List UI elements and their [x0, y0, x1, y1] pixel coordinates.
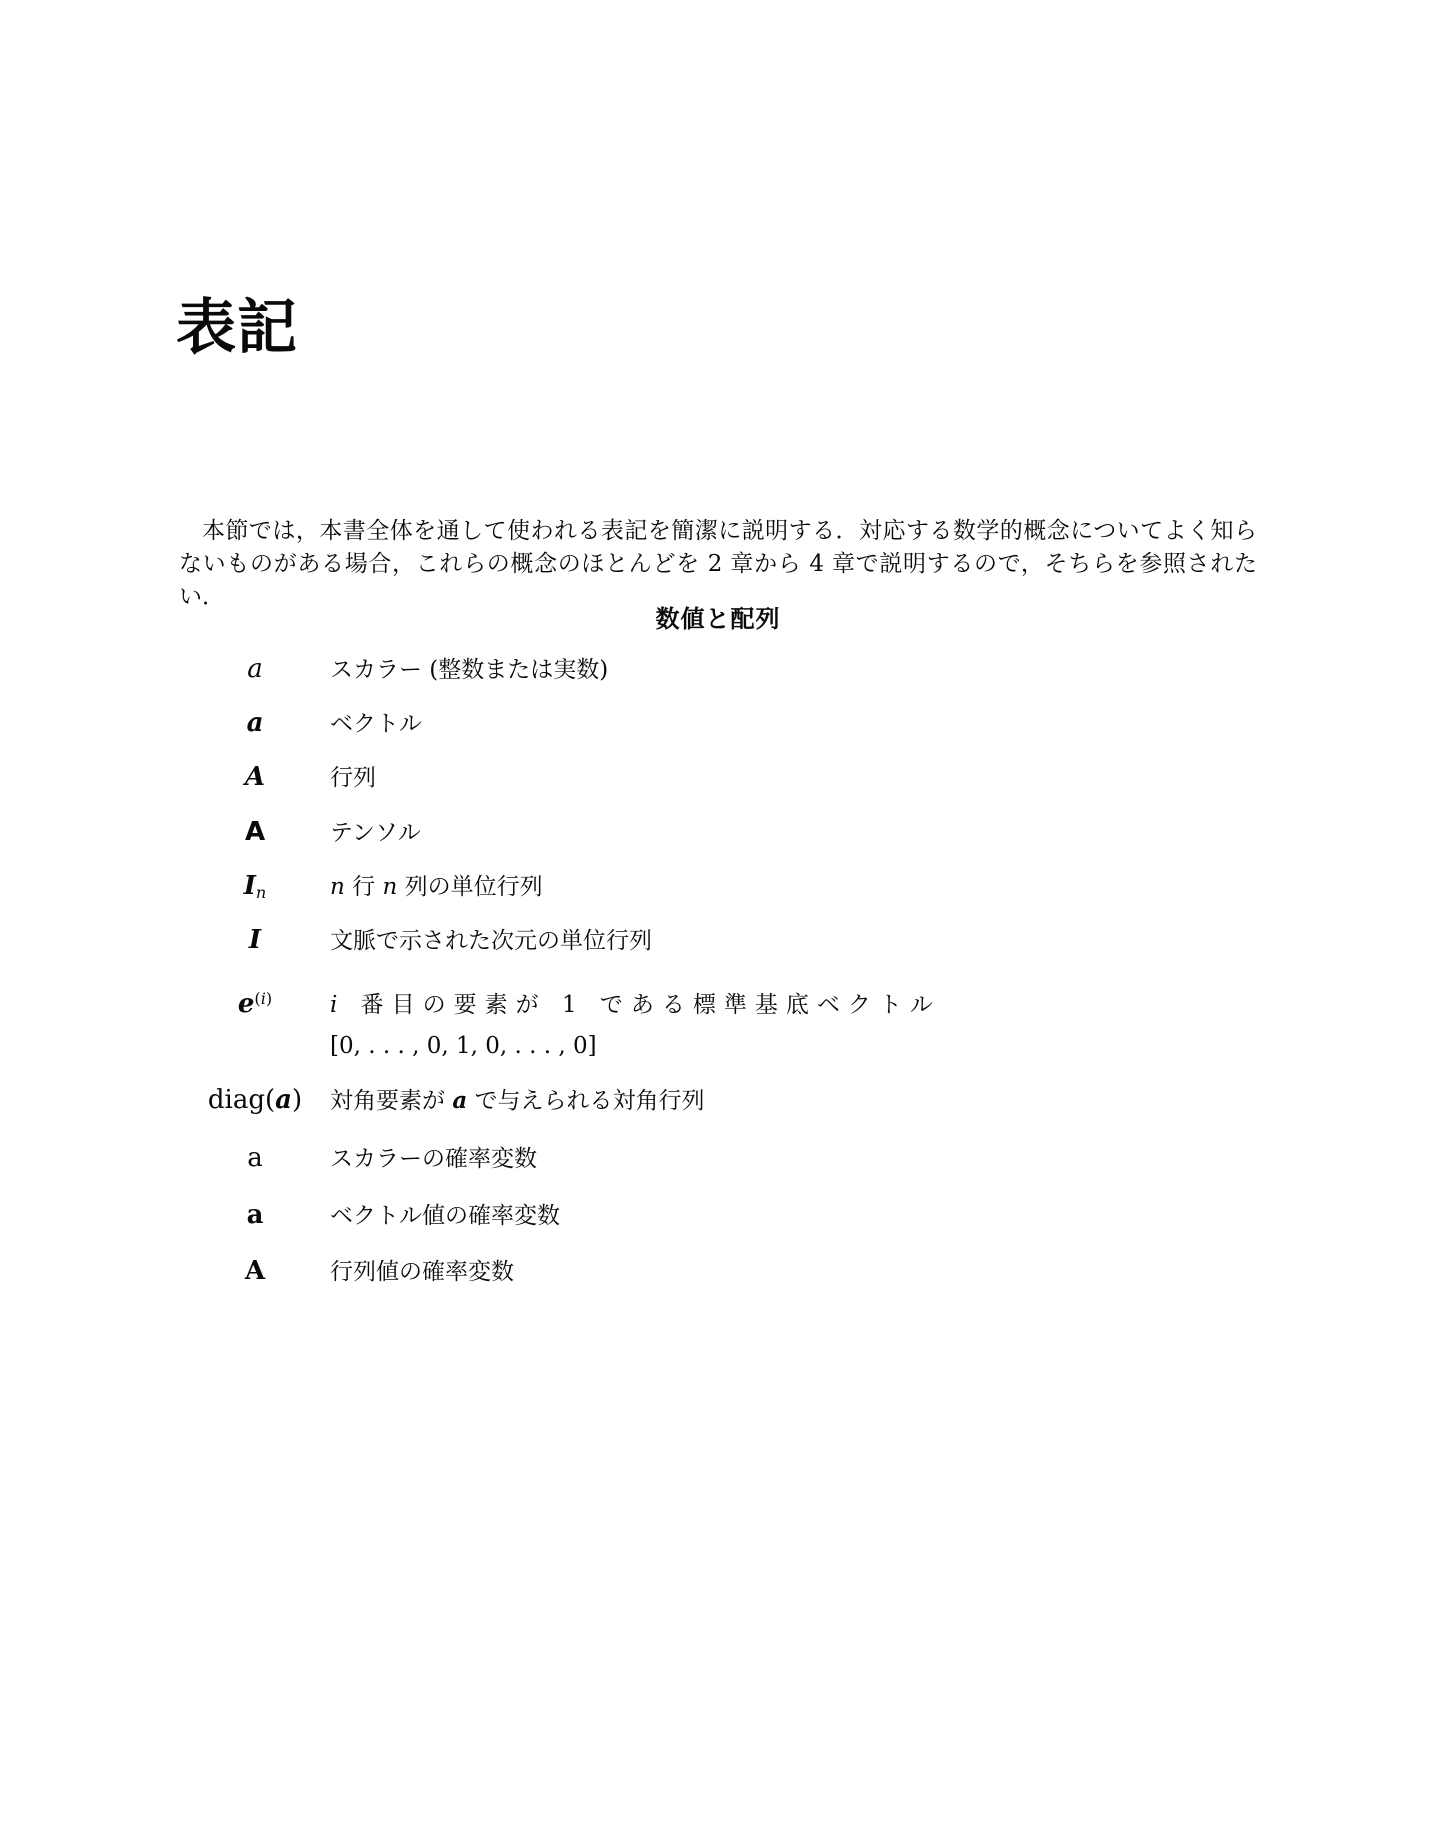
- notation-symbol-segment: I: [244, 871, 256, 901]
- notation-symbol: A: [180, 762, 330, 792]
- notation-description-segment: 文脈で示された次元の単位行列: [330, 928, 652, 954]
- notation-description-segment: 行列: [330, 765, 376, 791]
- notation-description-segment: a: [452, 1087, 467, 1114]
- notation-row: diag(a)対角要素が a で与えられる対角行列: [180, 1085, 705, 1116]
- notation-description-segment: 行列値の確率変数: [330, 1259, 514, 1285]
- document-page: 表記 本節では，本書全体を通して使われる表記を簡潔に説明する．対応する数学的概念…: [0, 0, 1433, 1842]
- notation-symbol-segment: I: [249, 925, 261, 955]
- notation-symbol-segment: A: [245, 817, 265, 847]
- notation-description-segment: n: [382, 874, 397, 900]
- notation-description-segment: i: [330, 992, 345, 1018]
- notation-description: 文脈で示された次元の単位行列: [330, 926, 652, 956]
- notation-row: aベクトル: [180, 708, 422, 739]
- notation-description-line: i 番目の要素が 1 である標準基底ベクトル: [330, 985, 941, 1026]
- notation-row: I文脈で示された次元の単位行列: [180, 925, 652, 956]
- notation-row: e(i)i 番目の要素が 1 である標準基底ベクトル[0, . . . , 0,…: [180, 985, 941, 1067]
- notation-symbol-segment: a: [275, 1085, 292, 1115]
- notation-description-segment: 行: [345, 874, 383, 900]
- notation-description-segment: で与えられる対角行列: [467, 1088, 704, 1114]
- notation-description: 対角要素が a で与えられる対角行列: [330, 1086, 705, 1116]
- notation-symbol: A: [180, 1256, 330, 1286]
- notation-symbol: a: [180, 1200, 330, 1230]
- notation-symbol-segment: diag(: [208, 1085, 275, 1115]
- notation-row: aベクトル値の確率変数: [180, 1200, 560, 1231]
- notation-symbol: a: [180, 1143, 330, 1173]
- notation-description: スカラー (整数または実数): [330, 655, 608, 685]
- table-heading: 数値と配列: [179, 599, 1257, 634]
- notation-symbol: A: [180, 817, 330, 847]
- notation-description-segment: ベクトル値の確率変数: [330, 1203, 560, 1229]
- notation-symbol: e(i): [180, 989, 330, 1022]
- notation-row: A行列: [180, 762, 376, 793]
- notation-symbol-segment: a: [247, 1143, 263, 1173]
- notation-row: aスカラー (整数または実数): [180, 654, 608, 685]
- notation-description: 行列: [330, 763, 376, 793]
- notation-symbol-segment: a: [247, 1200, 264, 1230]
- notation-description: ベクトル: [330, 709, 422, 739]
- notation-description: n 行 n 列の単位行列: [330, 872, 543, 902]
- notation-description: スカラーの確率変数: [330, 1144, 537, 1174]
- notation-row: Aテンソル: [180, 817, 421, 848]
- notation-symbol: a: [180, 654, 330, 684]
- page-title: 表記: [176, 297, 298, 360]
- notation-description-segment: スカラーの確率変数: [330, 1146, 537, 1172]
- notation-symbol-segment: a: [247, 708, 264, 738]
- notation-description-segment: 番目の要素が 1 である標準基底ベクトル: [345, 992, 941, 1018]
- notation-description-segment: ベクトル: [330, 711, 422, 737]
- notation-description-segment: n: [330, 874, 345, 900]
- notation-symbol-segment: ): [292, 1085, 302, 1115]
- notation-symbol-segment: (: [254, 989, 260, 1008]
- notation-symbol-segment: A: [245, 1256, 265, 1286]
- notation-description-segment: スカラー (整数または実数): [330, 657, 608, 683]
- notation-row: Inn 行 n 列の単位行列: [180, 871, 543, 904]
- notation-symbol-segment: ): [266, 989, 272, 1008]
- notation-symbol-segment: n: [256, 883, 266, 902]
- notation-symbol: In: [180, 871, 330, 904]
- notation-symbol-segment: A: [245, 762, 265, 792]
- notation-symbol-segment: e: [238, 989, 255, 1019]
- notation-description: 行列値の確率変数: [330, 1257, 514, 1287]
- notation-row: A行列値の確率変数: [180, 1256, 514, 1287]
- notation-symbol: I: [180, 925, 330, 955]
- notation-row: aスカラーの確率変数: [180, 1143, 537, 1174]
- notation-symbol: diag(a): [180, 1085, 330, 1115]
- notation-description: テンソル: [330, 818, 421, 848]
- notation-description-segment: 対角要素が: [330, 1088, 452, 1114]
- notation-symbol-segment: a: [247, 654, 263, 684]
- notation-description: ベクトル値の確率変数: [330, 1201, 560, 1231]
- notation-description-segment: 列の単位行列: [397, 874, 542, 900]
- notation-description-segment: [0, . . . , 0, 1, 0, . . . , 0]: [330, 1033, 597, 1059]
- notation-symbol: a: [180, 708, 330, 738]
- notation-description-line: [0, . . . , 0, 1, 0, . . . , 0]: [330, 1026, 941, 1067]
- notation-description: i 番目の要素が 1 である標準基底ベクトル[0, . . . , 0, 1, …: [330, 985, 941, 1067]
- notation-description-segment: テンソル: [330, 820, 421, 846]
